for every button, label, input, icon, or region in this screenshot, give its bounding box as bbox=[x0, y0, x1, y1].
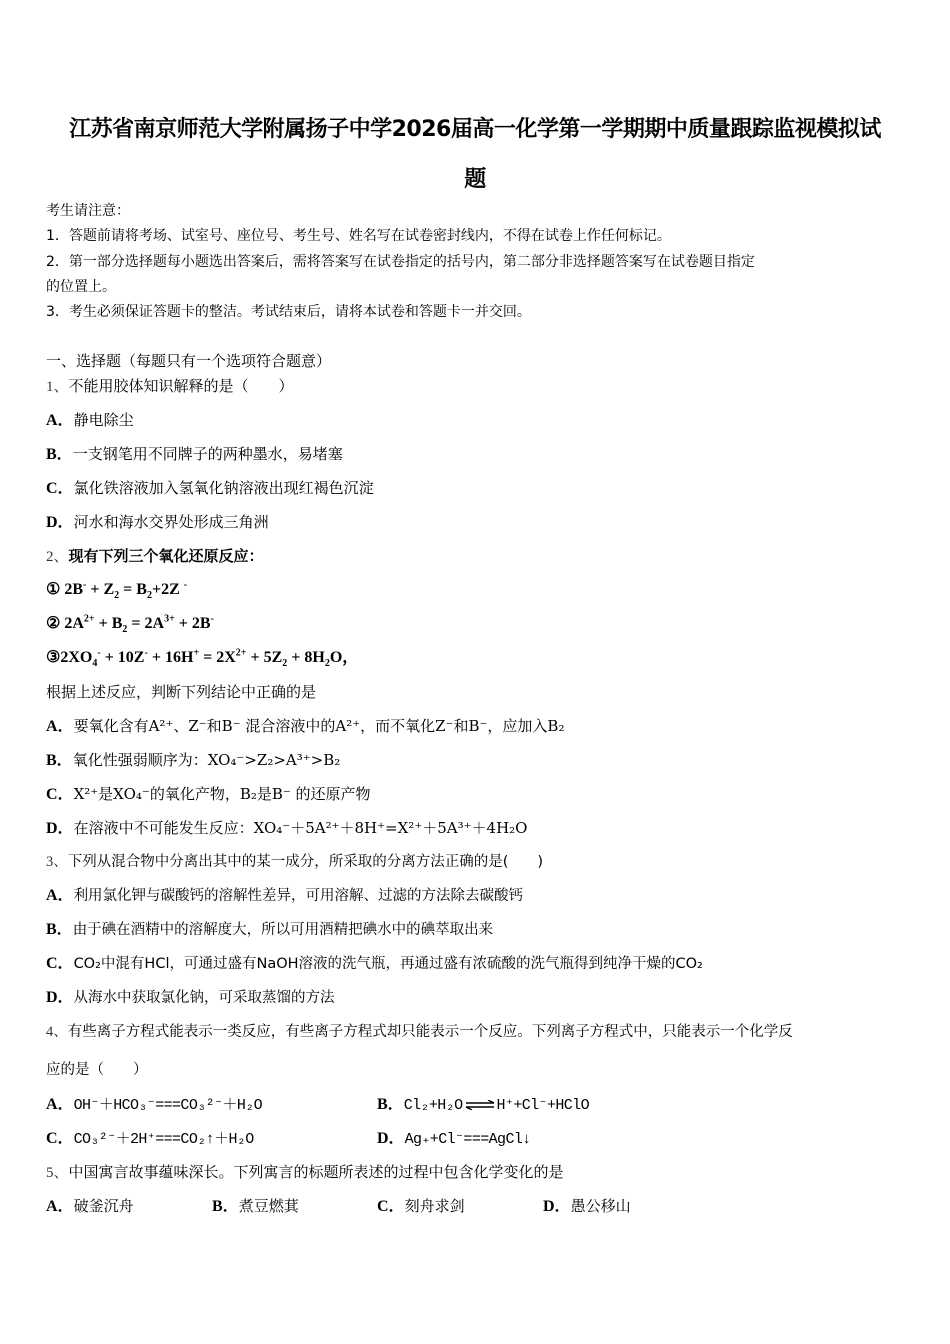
question-1-stem: 1、不能用胶体知识解释的是（ ） bbox=[46, 376, 294, 397]
q2-option-c: C．X²⁺是XO₄⁻的氧化产物，B₂是B⁻ 的还原产物 bbox=[46, 784, 371, 805]
q1-option-a: A．静电除尘 bbox=[46, 410, 134, 431]
notice-item-2: 2．第一部分选择题每小题选出答案后，需将答案写在试卷指定的括号内，第二部分非选择… bbox=[46, 252, 755, 272]
question-2-stem: 2、现有下列三个氧化还原反应： bbox=[46, 546, 264, 567]
question-4-stem: 4、有些离子方程式能表示一类反应，有些离子方程式却只能表示一个反应。下列离子方程… bbox=[46, 1022, 793, 1042]
notice-heading: 考生请注意： bbox=[46, 201, 130, 221]
q5-option-a: A．破釜沉舟 bbox=[46, 1196, 134, 1217]
q1-option-c: C．氯化铁溶液加入氢氧化钠溶液出现红褐色沉淀 bbox=[46, 478, 374, 499]
q3-option-b: B．由于碘在酒精中的溶解度大，所以可用酒精把碘水中的碘萃取出来 bbox=[46, 920, 493, 940]
question-5-stem: 5、中国寓言故事蕴味深长。下列寓言的标题所表述的过程中包含化学变化的是 bbox=[46, 1162, 564, 1183]
exam-title-line-1: 江苏省南京师范大学附属扬子中学2026届高一化学第一学期期中质量跟踪监视模拟试 bbox=[40, 112, 910, 143]
question-text: 不能用胶体知识解释的是（ ） bbox=[69, 377, 294, 395]
q3-option-d: D．从海水中获取氯化钠，可采取蒸馏的方法 bbox=[46, 988, 335, 1008]
q5-option-c: C．刻舟求剑 bbox=[377, 1196, 465, 1217]
question-2-prompt: 根据上述反应，判断下列结论中正确的是 bbox=[46, 682, 316, 702]
notice-item-3: 3．考生必须保证答题卡的整洁。考试结束后，请将本试卷和答题卡一并交回。 bbox=[46, 302, 531, 322]
q3-option-a: A．利用氯化钾与碳酸钙的溶解性差异，可用溶解、过滤的方法除去碳酸钙 bbox=[46, 886, 523, 906]
q1-option-d: D．河水和海水交界处形成三角洲 bbox=[46, 512, 269, 533]
section-heading: 一、选择题（每题只有一个选项符合题意） bbox=[46, 351, 331, 371]
q4-option-a: A．OH⁻＋HCO₃⁻===CO₃²⁻＋H₂O bbox=[46, 1094, 262, 1116]
question-3-stem: 3、下列从混合物中分离出其中的某一成分，所采取的分离方法正确的是( ) bbox=[46, 852, 543, 872]
exam-page: 江苏省南京师范大学附属扬子中学2026届高一化学第一学期期中质量跟踪监视模拟试 … bbox=[0, 0, 950, 1344]
equilibrium-arrow-icon bbox=[465, 1100, 495, 1110]
notice-item-1: 1．答题前请将考场、试室号、座位号、考生号、姓名写在试卷密封线内，不得在试卷上作… bbox=[46, 226, 671, 246]
q2-option-d: D．在溶液中不可能发生反应：XO₄⁻＋5A²⁺＋8H⁺=X²⁺＋5A³⁺＋4H₂… bbox=[46, 818, 527, 839]
q3-option-c: C．CO₂中混有HCl，可通过盛有NaOH溶液的洗气瓶，再通过盛有浓硫酸的洗气瓶… bbox=[46, 954, 703, 974]
question-4-stem-cont: 应的是（ ） bbox=[46, 1060, 148, 1080]
reaction-2: ② 2A2+ + B2 = 2A3+ + 2B- bbox=[46, 614, 214, 634]
q4-option-b: B．Cl₂+H₂OH⁺+Cl⁻+HClO bbox=[377, 1094, 589, 1116]
q5-option-d: D．愚公移山 bbox=[543, 1196, 631, 1217]
reaction-1: ① 2B- + Z2 = B2+2Z - bbox=[46, 580, 187, 600]
notice-item-2-cont: 的位置上。 bbox=[46, 277, 116, 297]
q2-option-a: A．要氧化含有A²⁺、Z⁻和B⁻ 混合溶液中的A²⁺，而不氧化Z⁻和B⁻，应加入… bbox=[46, 716, 564, 737]
q4-option-d: D．Ag₊+Cl⁻===AgCl↓ bbox=[377, 1128, 531, 1150]
q1-option-b: B．一支钢笔用不同牌子的两种墨水，易堵塞 bbox=[46, 444, 343, 465]
q2-option-b: B．氧化性强弱顺序为：XO₄⁻>Z₂>A³⁺>B₂ bbox=[46, 750, 340, 771]
q4-option-c: C．CO₃²⁻＋2H⁺===CO₂↑＋H₂O bbox=[46, 1128, 254, 1150]
reaction-3: ③2XO4- + 10Z- + 16H+ = 2X2+ + 5Z2 + 8H2O… bbox=[46, 648, 358, 668]
q5-option-b: B．煮豆燃萁 bbox=[212, 1196, 299, 1217]
question-number: 1、 bbox=[46, 379, 69, 395]
exam-title-line-2: 题 bbox=[40, 162, 910, 193]
